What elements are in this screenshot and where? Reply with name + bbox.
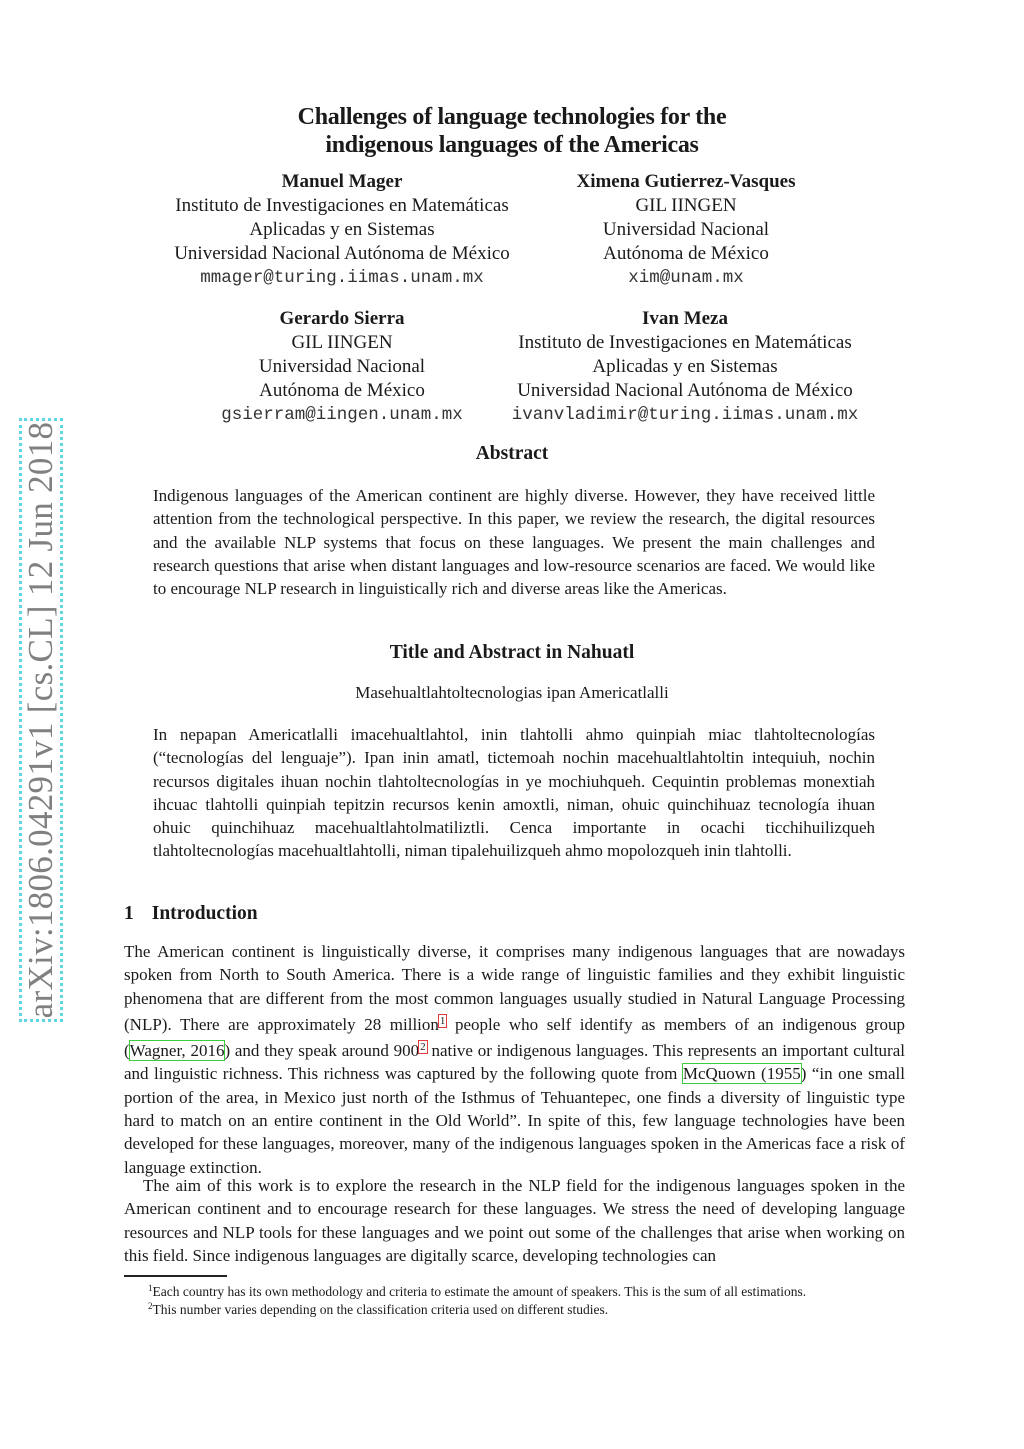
nahuatl-abstract-text: In nepapan Americatlalli imacehualtlahto… [153, 723, 875, 863]
footnote-link-2[interactable]: 2 [419, 1041, 427, 1053]
author-email: ivanvladimir@turing.iimas.unam.mx [490, 403, 880, 427]
section-title: Introduction [152, 903, 258, 924]
author-affiliation-line: Universidad Nacional Autónoma de México [152, 242, 532, 266]
paper-title-line-2: indigenous languages of the Americas [0, 131, 1024, 159]
footnote-2: 2This number varies depending on the cla… [148, 1298, 608, 1318]
section-number: 1 [124, 903, 134, 924]
author-affiliation-line: Universidad Nacional [546, 218, 826, 242]
author-affiliation-line: Autónoma de México [546, 242, 826, 266]
author-affiliation-line: Aplicadas y en Sistemas [152, 218, 532, 242]
author-affiliation-line: Universidad Nacional [182, 355, 502, 379]
citation-link-mcquown-1955[interactable]: McQuown (1955 [683, 1064, 801, 1083]
arxiv-identifier-text: arXiv:1806.04291v1 [cs.CL] 12 Jun 2018 [21, 422, 61, 1019]
author-block-ivan-meza: Ivan Meza Instituto de Investigaciones e… [490, 307, 880, 427]
nahuatl-heading: Title and Abstract in Nahuatl [0, 642, 1024, 664]
author-name: Gerardo Sierra [182, 307, 502, 331]
author-affiliation-line: Instituto de Investigaciones en Matemáti… [490, 331, 880, 355]
footnote-text: Each country has its own methodology and… [153, 1284, 807, 1299]
abstract-heading: Abstract [0, 443, 1024, 465]
author-affiliation-line: Instituto de Investigaciones en Matemáti… [152, 194, 532, 218]
paper-title: Challenges of language technologies for … [0, 103, 1024, 159]
author-affiliation-line: GIL IINGEN [182, 331, 502, 355]
footnote-1: 1Each country has its own methodology an… [148, 1280, 806, 1300]
nahuatl-title: Masehualtlahtoltecnologias ipan Americat… [0, 683, 1024, 703]
arxiv-identifier-stamp[interactable]: arXiv:1806.04291v1 [cs.CL] 12 Jun 2018 [19, 418, 63, 1022]
author-name: Manuel Mager [152, 170, 532, 194]
introduction-paragraph-1: The American continent is linguistically… [124, 940, 905, 1179]
author-affiliation-line: Universidad Nacional Autónoma de México [490, 379, 880, 403]
author-affiliation-line: Aplicadas y en Sistemas [490, 355, 880, 379]
footnote-divider [124, 1275, 227, 1277]
footnote-text: This number varies depending on the clas… [153, 1302, 609, 1317]
author-affiliation-line: GIL IINGEN [546, 194, 826, 218]
author-block-gerardo-sierra: Gerardo Sierra GIL IINGEN Universidad Na… [182, 307, 502, 427]
author-email: mmager@turing.iimas.unam.mx [152, 266, 532, 290]
author-email: gsierram@iingen.unam.mx [182, 403, 502, 427]
author-block-ximena-gutierrez-vasques: Ximena Gutierrez-Vasques GIL IINGEN Univ… [546, 170, 826, 290]
author-affiliation-line: Autónoma de México [182, 379, 502, 403]
author-name: Ximena Gutierrez-Vasques [546, 170, 826, 194]
text-run: ) and they speak around 900 [224, 1041, 419, 1060]
author-name: Ivan Meza [490, 307, 880, 331]
author-block-manuel-mager: Manuel Mager Instituto de Investigacione… [152, 170, 532, 290]
citation-link-wagner-2016[interactable]: Wagner, 2016 [130, 1041, 225, 1060]
paper-title-line-1: Challenges of language technologies for … [0, 103, 1024, 131]
section-heading-introduction: 1Introduction [124, 903, 258, 925]
abstract-text: Indigenous languages of the American con… [153, 484, 875, 600]
introduction-paragraph-2: The aim of this work is to explore the r… [124, 1174, 905, 1267]
author-email: xim@unam.mx [546, 266, 826, 290]
